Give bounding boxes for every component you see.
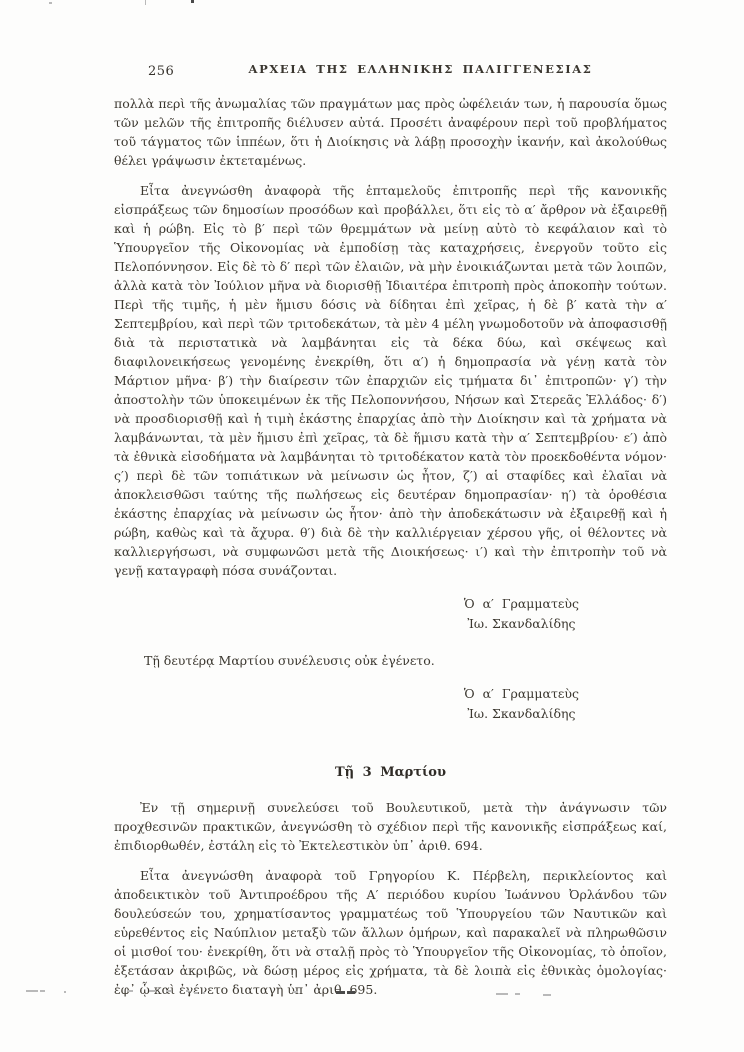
scan-artifact [194,992,198,994]
scan-artifact [64,991,66,993]
text-column: πολλὰ περὶ τῆς ἀνωμαλίας τῶν πραγμάτων μ… [114,94,667,999]
scan-artifact [49,2,52,4]
no-session-note: Τῇ δευτέρᾳ Μαρτίου συνέλευσις οὐκ ἐγένετ… [114,651,667,670]
signature-block-2: Ὁ α′ Γραμματεὺς Ἰω. Σκανδαλίδης [464,684,579,724]
scan-artifact [347,991,355,994]
paragraph-pervelis: Εἶτα ἀνεγνώσθη ἀναφορὰ τοῦ Γρηγορίου Κ. … [114,866,667,999]
paragraph-session: Ἐν τῇ σημερινῇ συνελεύσει τοῦ Βουλευτικο… [114,798,667,855]
paragraph-continuation: πολλὰ περὶ τῆς ἀνωμαλίας τῶν πραγμάτων μ… [114,94,667,170]
scanned-document-page: 256 ΑΡΧΕΙΑ ΤΗΣ ΕΛΛΗΝΙΚΗΣ ΠΑΛΙΓΓΕΝΕΣΙΑΣ π… [0,0,744,1052]
scan-artifact [202,992,205,994]
scan-artifact [496,993,508,995]
running-title: ΑΡΧΕΙΑ ΤΗΣ ΕΛΛΗΝΙΚΗΣ ΠΑΛΙΓΓΕΝΕΣΙΑΣ [174,62,667,76]
scan-artifact [166,990,172,992]
paragraph-committee-report: Εἶτα ἀνεγνώσθη ἀναφορὰ τῆς ἑπταμελοῦς ἐπ… [114,181,667,580]
signature-name: Ἰω. Σκανδαλίδης [464,704,579,724]
running-header: 256 ΑΡΧΕΙΑ ΤΗΣ ΕΛΛΗΝΙΚΗΣ ΠΑΛΙΓΓΕΝΕΣΙΑΣ [114,62,667,80]
scan-artifact [186,990,189,992]
signature-block-1: Ὁ α′ Γραμματεὺς Ἰω. Σκανδαλίδης [464,594,579,634]
signature-name: Ἰω. Σκανδαλίδης [464,614,579,634]
page-number: 256 [148,64,174,79]
signature-role: Ὁ α′ Γραμματεὺς [464,684,579,704]
scan-artifact [145,0,146,5]
scan-artifact [336,991,345,994]
scan-artifact [128,990,133,992]
scan-artifact [543,994,551,996]
section-heading-march-3: Τῇ 3 Μαρτίου [114,763,667,782]
scan-artifact [149,990,156,992]
signature-role: Ὁ α′ Γραμματεὺς [464,594,579,614]
scan-artifact [191,0,194,3]
scan-artifact [293,991,298,993]
scan-artifact [26,990,38,992]
scan-artifact [515,993,520,995]
scan-artifact [40,990,45,992]
